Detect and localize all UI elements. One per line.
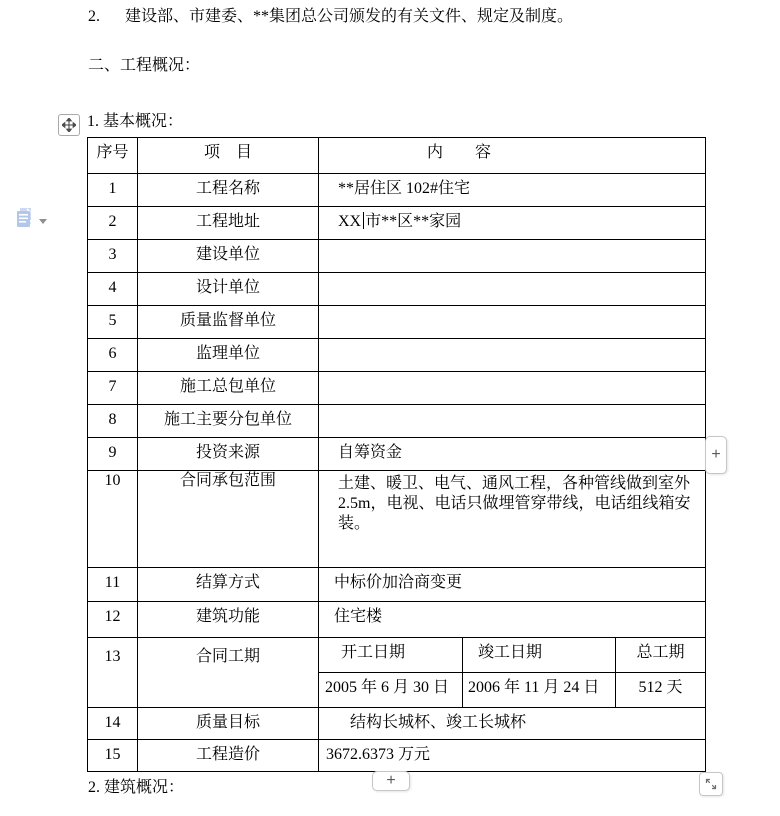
cell-no[interactable]: 14 xyxy=(88,708,138,740)
table-row: 15 工程造价 3672.6373 万元 xyxy=(88,740,706,772)
text-after-cursor: 市**区**家园 xyxy=(365,213,461,230)
cell-finish-date-header[interactable]: 竣工日期 xyxy=(463,638,616,673)
insert-row-button[interactable]: + xyxy=(372,771,410,791)
table-row: 7 施工总包单位 xyxy=(88,372,706,405)
table-move-handle[interactable] xyxy=(58,114,80,136)
cell-content[interactable]: 土建、暖卫、电气、通风工程，各种管线做到室外2.5m，电视、电话只做埋管穿带线，… xyxy=(319,471,706,568)
resize-icon xyxy=(704,777,718,791)
cell-item[interactable]: 合同工期 xyxy=(138,638,319,708)
cell-item[interactable]: 设计单位 xyxy=(138,273,319,306)
cell-item[interactable]: 投资来源 xyxy=(138,438,319,471)
cell-start-date-header[interactable]: 开工日期 xyxy=(319,638,463,673)
table-row: 2 工程地址 XX市**区**家园 xyxy=(88,207,706,240)
cell-no[interactable]: 15 xyxy=(88,740,138,772)
list-number: 2. xyxy=(88,7,125,26)
cell-item[interactable]: 合同承包范围 xyxy=(138,471,319,568)
cell-no[interactable]: 11 xyxy=(88,568,138,602)
cell-item[interactable]: 工程造价 xyxy=(138,740,319,772)
cell-content[interactable]: 自筹资金 xyxy=(319,438,706,471)
cell-no[interactable]: 10 xyxy=(88,471,138,568)
text-before-cursor: XX xyxy=(338,213,361,230)
cell-no[interactable]: 4 xyxy=(88,273,138,306)
table-row: 9 投资来源 自筹资金 xyxy=(88,438,706,471)
header-content[interactable]: 内 容 xyxy=(319,138,706,174)
section-heading[interactable]: 二、工程概况： xyxy=(88,56,200,75)
cell-no[interactable]: 6 xyxy=(88,339,138,372)
cell-no[interactable]: 5 xyxy=(88,306,138,339)
cell-item[interactable]: 工程名称 xyxy=(138,174,319,207)
header-no[interactable]: 序号 xyxy=(88,138,138,174)
table-row: 12 建筑功能 住宅楼 xyxy=(88,602,706,638)
cell-duration[interactable]: 512 天 xyxy=(616,673,706,708)
cell-content[interactable] xyxy=(319,273,706,306)
paste-options-button[interactable] xyxy=(12,208,48,230)
cell-no[interactable]: 7 xyxy=(88,372,138,405)
table-row: 1 工程名称 **居住区 102#住宅 xyxy=(88,174,706,207)
cell-content[interactable] xyxy=(319,339,706,372)
cell-item[interactable]: 质量监督单位 xyxy=(138,306,319,339)
table-row: 5 质量监督单位 xyxy=(88,306,706,339)
dropdown-arrow-icon xyxy=(39,219,47,224)
table-row: 6 监理单位 xyxy=(88,339,706,372)
table-row: 8 施工主要分包单位 xyxy=(88,405,706,438)
subsection-2-heading[interactable]: 2. 建筑概况： xyxy=(88,778,184,797)
table-row: 13 合同工期 开工日期 竣工日期 总工期 xyxy=(88,638,706,673)
cell-item[interactable]: 质量目标 xyxy=(138,708,319,740)
table-resize-handle[interactable] xyxy=(699,772,723,796)
cell-content[interactable]: 3672.6373 万元 xyxy=(319,740,706,772)
cell-content[interactable] xyxy=(319,372,706,405)
table-row: 4 设计单位 xyxy=(88,273,706,306)
cell-no[interactable]: 2 xyxy=(88,207,138,240)
cell-item[interactable]: 建筑功能 xyxy=(138,602,319,638)
cell-item[interactable]: 建设单位 xyxy=(138,240,319,273)
cell-content[interactable] xyxy=(319,240,706,273)
clipboard-icon xyxy=(12,208,36,230)
cell-no[interactable]: 8 xyxy=(88,405,138,438)
table-row: 11 结算方式 中标价加洽商变更 xyxy=(88,568,706,602)
cell-item[interactable]: 监理单位 xyxy=(138,339,319,372)
header-item[interactable]: 项 目 xyxy=(138,138,319,174)
cell-item[interactable]: 施工总包单位 xyxy=(138,372,319,405)
cell-item[interactable]: 工程地址 xyxy=(138,207,319,240)
cell-content[interactable]: XX市**区**家园 xyxy=(319,207,706,240)
cell-no[interactable]: 12 xyxy=(88,602,138,638)
cell-no[interactable]: 3 xyxy=(88,240,138,273)
cell-start-date[interactable]: 2005 年 6 月 30 日 xyxy=(319,673,463,708)
cell-no[interactable]: 1 xyxy=(88,174,138,207)
insert-column-button[interactable]: + xyxy=(705,436,727,474)
cell-finish-date[interactable]: 2006 年 11 月 24 日 xyxy=(463,673,616,708)
document-page: 2.建设部、市建委、**集团总公司颁发的有关文件、规定及制度。 二、工程概况： … xyxy=(0,0,780,816)
text-cursor xyxy=(363,212,364,229)
cell-content[interactable] xyxy=(319,405,706,438)
subsection-1-heading[interactable]: 1. 基本概况： xyxy=(87,112,183,131)
cell-duration-header[interactable]: 总工期 xyxy=(616,638,706,673)
cell-content[interactable]: 中标价加洽商变更 xyxy=(319,568,706,602)
paragraph-item-2[interactable]: 2.建设部、市建委、**集团总公司颁发的有关文件、规定及制度。 xyxy=(88,7,573,26)
move-icon xyxy=(62,118,76,132)
table-row: 14 质量目标 结构长城杯、竣工长城杯 xyxy=(88,708,706,740)
cell-content[interactable]: **居住区 102#住宅 xyxy=(319,174,706,207)
table-row: 10 合同承包范围 土建、暖卫、电气、通风工程，各种管线做到室外2.5m，电视、… xyxy=(88,471,706,568)
table-row: 3 建设单位 xyxy=(88,240,706,273)
cell-content[interactable] xyxy=(319,306,706,339)
table-header-row: 序号 项 目 内 容 xyxy=(88,138,706,174)
cell-content[interactable]: 结构长城杯、竣工长城杯 xyxy=(319,708,706,740)
cell-no[interactable]: 13 xyxy=(88,638,138,708)
cell-item[interactable]: 施工主要分包单位 xyxy=(138,405,319,438)
project-overview-table: 序号 项 目 内 容 1 工程名称 **居住区 102#住宅 2 工程地址 XX… xyxy=(87,137,706,772)
cell-item[interactable]: 结算方式 xyxy=(138,568,319,602)
cell-content[interactable]: 住宅楼 xyxy=(319,602,706,638)
cell-no[interactable]: 9 xyxy=(88,438,138,471)
paragraph-text: 建设部、市建委、**集团总公司颁发的有关文件、规定及制度。 xyxy=(125,8,573,25)
